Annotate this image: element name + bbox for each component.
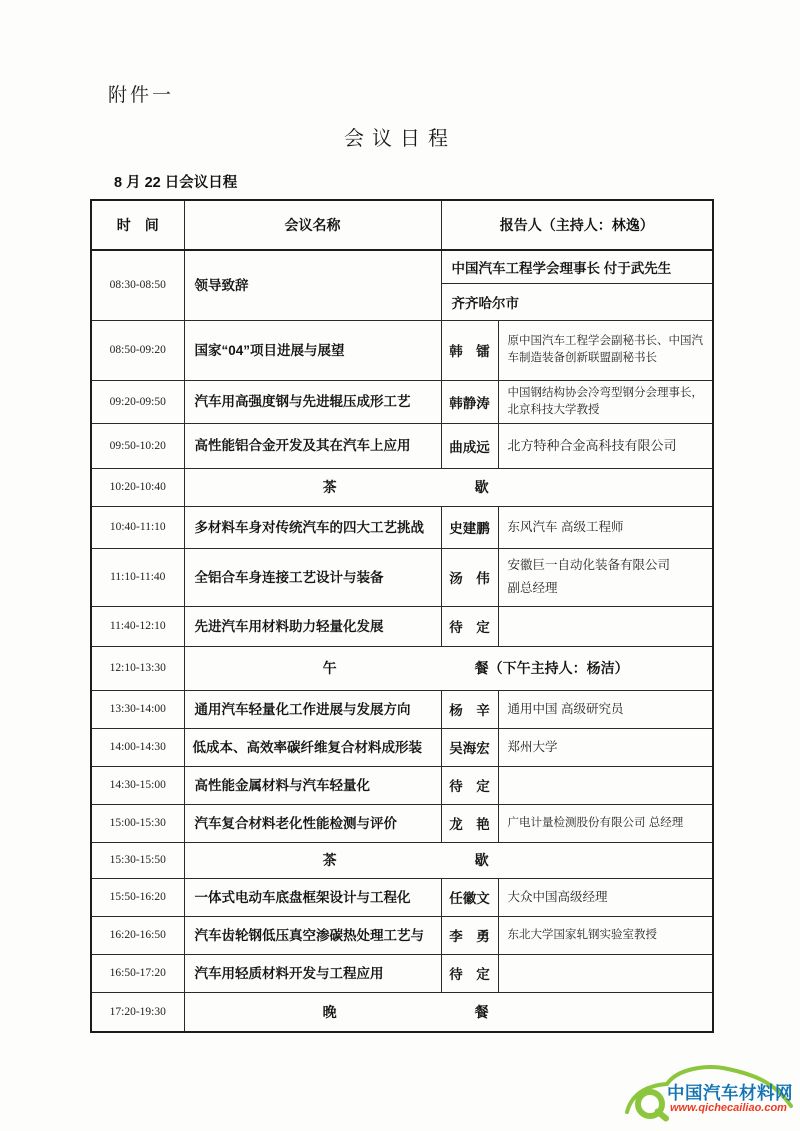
time-cell: 16:20-16:50	[91, 916, 184, 954]
speaker-cell: 史建鹏	[441, 506, 498, 548]
break-label-left: 午	[185, 658, 475, 678]
speaker-org-cell	[498, 606, 713, 646]
time-cell: 17:20-19:30	[91, 992, 184, 1032]
time-cell: 11:10-11:40	[91, 548, 184, 606]
speaker-cell: 韩静涛	[441, 380, 498, 423]
org-line: 安徽巨一自动化装备有限公司	[508, 554, 707, 577]
time-cell: 10:20-10:40	[91, 468, 184, 506]
schedule-table: 时 间 会议名称 报告人（主持人：林逸） 08:30-08:50 领导致辞 中国…	[90, 199, 714, 1033]
speaker-cell: 任徽文	[441, 878, 498, 916]
site-logo: 中国汽车材料网 www.qichecailiao.com	[620, 1059, 798, 1127]
speaker-org-cell	[498, 954, 713, 992]
speaker-org-cell: 郑州大学	[498, 728, 713, 766]
talk-title-cell: 一体式电动车底盘框架设计与工程化	[184, 878, 441, 916]
org-line: 东北大学国家轧钢实验室教授	[508, 927, 707, 944]
speaker-org-cell: 广电计量检测股份有限公司 总经理	[498, 804, 713, 842]
talk-title-cell: 先进汽车用材料助力轻量化发展	[184, 606, 441, 646]
header-row: 时 间 会议名称 报告人（主持人：林逸）	[91, 200, 713, 250]
table-row: 09:50-10:20 高性能铝合金开发及其在汽车上应用 曲成远 北方特种合金高…	[91, 423, 713, 468]
speaker-cell: 中国汽车工程学会理事长 付于武先生	[441, 250, 713, 283]
break-label-left: 茶	[185, 850, 475, 870]
table-row: 09:20-09:50 汽车用高强度钢与先进辊压成形工艺 韩静涛 中国钢结构协会…	[91, 380, 713, 423]
time-cell: 15:00-15:30	[91, 804, 184, 842]
speaker-cell: 李 勇	[441, 916, 498, 954]
table-row: 11:10-11:40 全铝合车身连接工艺设计与装备 汤 伟 安徽巨一自动化装备…	[91, 548, 713, 606]
table-row: 10:40-11:10 多材料车身对传统汽车的四大工艺挑战 史建鹏 东风汽车 高…	[91, 506, 713, 548]
org-line: 广电计量检测股份有限公司 总经理	[508, 815, 707, 832]
table-row: 14:30-15:00 高性能金属材料与汽车轻量化 待 定	[91, 766, 713, 804]
break-cell: 茶 歇	[184, 842, 713, 878]
time-cell: 08:30-08:50	[91, 250, 184, 320]
org-line: 通用中国 高级研究员	[508, 701, 707, 718]
time-cell: 09:20-09:50	[91, 380, 184, 423]
talk-title-cell: 汽车齿轮钢低压真空渗碳热处理工艺与	[184, 916, 441, 954]
time-cell: 12:10-13:30	[91, 646, 184, 690]
break-row: 12:10-13:30 午 餐（下午主持人：杨洁）	[91, 646, 713, 690]
talk-title-cell: 高性能金属材料与汽车轻量化	[184, 766, 441, 804]
break-label-left: 茶	[185, 477, 475, 497]
break-cell: 午 餐（下午主持人：杨洁）	[184, 646, 713, 690]
time-cell: 10:40-11:10	[91, 506, 184, 548]
talk-title-cell: 通用汽车轻量化工作进展与发展方向	[184, 690, 441, 728]
talk-title-cell: 全铝合车身连接工艺设计与装备	[184, 548, 441, 606]
break-label-left: 晚	[185, 1002, 475, 1022]
org-line: 大众中国高级经理	[508, 889, 707, 906]
table-row: 13:30-14:00 通用汽车轻量化工作进展与发展方向 杨 辛 通用中国 高级…	[91, 690, 713, 728]
document-page: 附件一 会议日程 8 月 22 日会议日程 时 间 会议名称 报告人（主持人：林…	[0, 0, 800, 1131]
talk-title-cell: 汽车用轻质材料开发与工程应用	[184, 954, 441, 992]
col-header-meeting: 会议名称	[184, 200, 441, 250]
time-cell: 08:50-09:20	[91, 320, 184, 380]
break-label-right: 歇	[475, 477, 712, 497]
speaker-org-cell: 北方特种合金高科技有限公司	[498, 423, 713, 468]
org-line: 北方特种合金高科技有限公司	[508, 437, 707, 454]
break-label-right: 餐（下午主持人：杨洁）	[475, 658, 712, 678]
speaker-cell: 吴海宏	[441, 728, 498, 766]
break-cell: 晚 餐	[184, 992, 713, 1032]
time-cell: 15:30-15:50	[91, 842, 184, 878]
org-line: 原中国汽车工程学会副秘书长、中国汽车制造装备创新联盟副秘书长	[508, 333, 707, 367]
talk-title-cell: 高性能铝合金开发及其在汽车上应用	[184, 423, 441, 468]
break-cell: 茶 歇	[184, 468, 713, 506]
page-title: 会议日程	[0, 122, 800, 151]
time-cell: 14:00-14:30	[91, 728, 184, 766]
speaker-cell: 韩 镭	[441, 320, 498, 380]
speaker-cell: 杨 辛	[441, 690, 498, 728]
talk-title-cell: 国家“04”项目进展与展望	[184, 320, 441, 380]
break-row: 15:30-15:50 茶 歇	[91, 842, 713, 878]
break-row: 10:20-10:40 茶 歇	[91, 468, 713, 506]
speaker-org-cell	[498, 766, 713, 804]
table-row: 11:40-12:10 先进汽车用材料助力轻量化发展 待 定	[91, 606, 713, 646]
time-cell: 16:50-17:20	[91, 954, 184, 992]
time-cell: 14:30-15:00	[91, 766, 184, 804]
table-row: 15:50-16:20 一体式电动车底盘框架设计与工程化 任徽文 大众中国高级经…	[91, 878, 713, 916]
schedule-date-heading: 8 月 22 日会议日程	[114, 171, 237, 192]
col-header-time: 时 间	[91, 200, 184, 250]
time-cell: 11:40-12:10	[91, 606, 184, 646]
time-cell: 15:50-16:20	[91, 878, 184, 916]
speaker-org-cell: 东风汽车 高级工程师	[498, 506, 713, 548]
speaker-org-cell: 通用中国 高级研究员	[498, 690, 713, 728]
break-label-right: 餐	[475, 1002, 712, 1022]
speaker-cell: 待 定	[441, 954, 498, 992]
speaker-org-cell: 东北大学国家轧钢实验室教授	[498, 916, 713, 954]
break-label-right: 歇	[475, 850, 712, 870]
speaker-cell: 待 定	[441, 766, 498, 804]
talk-title-cell: 汽车用高强度钢与先进辊压成形工艺	[184, 380, 441, 423]
talk-title-cell: 多材料车身对传统汽车的四大工艺挑战	[184, 506, 441, 548]
col-header-speaker: 报告人（主持人：林逸）	[441, 200, 713, 250]
speaker-org-cell: 中国钢结构协会冷弯型钢分会理事长，北京科技大学教授	[498, 380, 713, 423]
org-line: 东风汽车 高级工程师	[508, 519, 707, 536]
org-line: 中国钢结构协会冷弯型钢分会理事长，北京科技大学教授	[508, 385, 707, 419]
speaker-cell: 曲成远	[441, 423, 498, 468]
talk-title-cell: 汽车复合材料老化性能检测与评价	[184, 804, 441, 842]
table-row: 08:30-08:50 领导致辞 中国汽车工程学会理事长 付于武先生	[91, 250, 713, 283]
talk-title-cell: 低成本、高效率碳纤维复合材料成形装	[184, 728, 441, 766]
attachment-label: 附件一	[108, 80, 174, 107]
speaker-org-cell: 安徽巨一自动化装备有限公司 副总经理	[498, 548, 713, 606]
table-row: 16:50-17:20 汽车用轻质材料开发与工程应用 待 定	[91, 954, 713, 992]
time-cell: 13:30-14:00	[91, 690, 184, 728]
org-line: 郑州大学	[508, 739, 707, 756]
talk-title-cell: 领导致辞	[184, 250, 441, 320]
table-row: 08:50-09:20 国家“04”项目进展与展望 韩 镭 原中国汽车工程学会副…	[91, 320, 713, 380]
speaker-org-cell: 原中国汽车工程学会副秘书长、中国汽车制造装备创新联盟副秘书长	[498, 320, 713, 380]
logo-site-url: www.qichecailiao.com	[670, 1102, 787, 1114]
table-row: 14:00-14:30 低成本、高效率碳纤维复合材料成形装 吴海宏 郑州大学	[91, 728, 713, 766]
speaker-cell: 龙 艳	[441, 804, 498, 842]
break-row: 17:20-19:30 晚 餐	[91, 992, 713, 1032]
time-cell: 09:50-10:20	[91, 423, 184, 468]
speaker-cell: 汤 伟	[441, 548, 498, 606]
org-line-2: 副总经理	[508, 577, 707, 600]
table-row: 16:20-16:50 汽车齿轮钢低压真空渗碳热处理工艺与 李 勇 东北大学国家…	[91, 916, 713, 954]
speaker-cell: 待 定	[441, 606, 498, 646]
table-row: 15:00-15:30 汽车复合材料老化性能检测与评价 龙 艳 广电计量检测股份…	[91, 804, 713, 842]
speaker-org-cell: 大众中国高级经理	[498, 878, 713, 916]
speaker-cell: 齐齐哈尔市	[441, 283, 713, 320]
